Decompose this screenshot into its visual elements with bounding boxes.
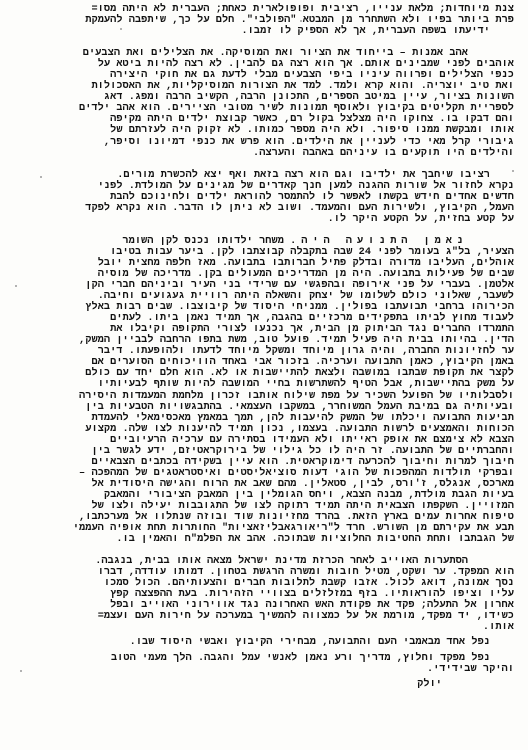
text-line: הכירוהו ברחבי תבועתבו בפולין. ממניחי היס… [24, 302, 514, 313]
paragraph-7: נפל מפקד וחלוץ, מדריך ורע נאמן לאנשי עמל… [24, 653, 514, 675]
text-line: והחברתיים של התבועה. זר היה לו כל גילוי … [24, 446, 514, 457]
text-line: לעבוד מחוץ לביתו בתפקידים מרכזיים בהגבה,… [24, 313, 514, 324]
text-line: כנפי הצלילים ופרווה עיניו ביפי הצבעים מב… [24, 70, 514, 81]
text-line: אלטמן. בעברי על פני אירופה ובהפגשי עם שר… [24, 280, 514, 291]
text-line: ובפרקי תולדות המהפכות של הוגי דעות סוציא… [24, 468, 514, 479]
text-line: צנת מיוחדות; מלאת ענייו, רציבית ופופולאר… [24, 4, 514, 15]
text-line: חדשים אחדים חידש בקשתו לאפשר לו להתמסר ל… [24, 192, 514, 203]
text-line: לשעבר, שאלוני כולם לשלומו של יצחק והשאלה… [24, 291, 514, 302]
text-line: נפל אחד מבאמבי העם והתבועה, מבחירי הקיבו… [24, 637, 514, 648]
text-line: לספריית תקליטים בקיבוץ ולאוסף תמונות לשי… [24, 103, 514, 114]
text-line: כשידו, יד מפקד, מורמת אל על כמצווה להמשי… [24, 611, 514, 622]
paragraph-6: נפל אחד מבאמבי העם והתבועה, מבחירי הקיבו… [24, 637, 514, 648]
text-line: הצעיר, בל"ג בעומר לפני 24 שבה בתקבלה קבו… [24, 247, 514, 258]
text-line: אוהבים לפני שמבינים אותם. אך הוא רצה גם … [24, 59, 514, 70]
text-line: נפל מפקד וחלוץ, מדריך ורע נאמן לאנשי עמל… [24, 653, 514, 664]
signature: יולק [24, 679, 514, 690]
text-line: בעיות הגבת מולדת, מבנה הצבא, ויחס הגומלי… [24, 490, 514, 501]
text-line: לקצר את תקופת שבתבו במושבה ולצאת להתיישב… [24, 368, 514, 379]
text-line: על קטע בחזית, על הקטע היקר לו. [24, 214, 514, 225]
text-line: רציבו שיחבך את ילדיבו וגם הוא רצה בזאת ו… [24, 170, 514, 181]
text-line: של הגבתבו ותחת החטיבות החלוציות שבתוכה. … [24, 534, 514, 545]
text-line: אחרון אל התעלה; פקד את פקודת האש האחרונה… [24, 600, 514, 611]
text-line: תבע את עקירתם מן השורש. חרד ל"ריאורגאבלי… [24, 523, 514, 534]
text-line: עליו וציפו להוראותיו. בזף במזלזלים בצווי… [24, 589, 514, 600]
text-line: המזויין. השקפתו הצבאית היתה תמיד רתוקה ל… [24, 501, 514, 512]
document-body: צנת מיוחדות; מלאת ענייו, רציבית ופופולאר… [24, 4, 514, 690]
text-line: הוא המפקד. ער ושקט, מטיל חובות ומשרה הרג… [24, 567, 514, 578]
text-line: אותו ומבקשת ממנו סיפור. ולא היה מספר כמו… [24, 125, 514, 136]
text-line: ובעיותיה גם במיבת העמל המשוחרר, במשקבו ה… [24, 402, 514, 413]
text-line: תביעות התבועה ויכלתו של המשק להיעבות להן… [24, 413, 514, 424]
text-line: על משק בהתיישבות, אבל הטיף להשתרשות בחיי… [24, 379, 514, 390]
paragraph-3: רציבו שיחבך את ילדיבו וגם הוא רצה בזאת ו… [24, 170, 514, 225]
text-line: אוהלים, העליבו מדורה ובדלק פתיל חברותבו … [24, 258, 514, 269]
paragraph-5: הסתערות האוייב לאחר הכרזת מדינת ישראל מצ… [24, 556, 514, 633]
text-line: העמל, הקיבוץ, ולשירות העם והמעמד. ושוב ל… [24, 203, 514, 214]
text-line: ידיעתו בשפה העברית, אך לא הספיק לו זמבו. [24, 26, 514, 37]
text-line: והם דבקו בו. צחוקו היה מצלצל בקול רם, כא… [24, 114, 514, 125]
text-line: ער לחזיונות החברה, והיה גרון מיוחד ומשקל… [24, 346, 514, 357]
text-line: והיקר שבידידי. [24, 664, 514, 675]
text-line: טיפוח אחרות עמים בארץ הזאת. בהרד מחזיונו… [24, 512, 514, 523]
text-line: מארכס, אנגלס, ז'ורס, לבין, סטאלין. מהם ש… [24, 479, 514, 490]
text-line: חיבוך למרות וחיבוך להכרעה דימוקראטית. הו… [24, 457, 514, 468]
text-span: משחר ילדותו נכנס לקן השומר [122, 236, 284, 247]
text-line: פרת ביותר בפיו ולא השתחרר מן המבטא "הפול… [24, 15, 514, 26]
paragraph-1: צנת מיוחדות; מלאת ענייו, רציבית ופופולאר… [24, 4, 514, 37]
scan-speck [15, 285, 17, 287]
text-line: התמרדו החברים נגד הביתוק מן הבית, אך נכנ… [24, 324, 514, 335]
text-line: ולסבלותיו של הפועל השכיר על מפת שילוח או… [24, 391, 514, 402]
section-title: נאמן התנועה היה. [290, 236, 468, 247]
text-line: ואת טיב יוצריה. והוא קרא ולמד. למד את הצ… [24, 81, 514, 92]
text-line: גיבורי קרל מאי כדי לעניין את הילדים. הוא… [24, 137, 514, 148]
text-line: נסך אמונה, דואג לכול. אזבו קשבת לתלובות … [24, 578, 514, 589]
text-line: השונות בציור, עיין במיטב הספרים, התכונן … [24, 92, 514, 103]
text-line: נאמן התנועה היה. משחר ילדותו נכנס לקן הש… [24, 236, 514, 247]
text-line: אותו. [24, 622, 514, 633]
text-line: והילדים היו תוקעים בו עיניהם באהבה והערצ… [24, 148, 514, 159]
paragraph-2: אהב אמנות – בייחוד את הציור ואת המוסיקה.… [24, 48, 514, 158]
text-line: שבים של פעילות בתבועה. היה מן המדריכים ה… [24, 269, 514, 280]
text-line: אהב אמנות – בייחוד את הציור ואת המוסיקה.… [24, 48, 514, 59]
scan-speck [20, 670, 22, 672]
text-line: נקרא לחזור אל שורות ההגנה למען חנך קאדרי… [24, 181, 514, 192]
text-line: הדין. בהיותו בבית היה פעיל תמיד. פועל טו… [24, 335, 514, 346]
paragraph-4: נאמן התנועה היה. משחר ילדותו נכנס לקן הש… [24, 236, 514, 545]
text-line: הצבא לא צימצם את אופק ראייתו ולא העמידו … [24, 435, 514, 446]
text-line: באמן הקיבוץ, כאמן התבועה וערכיה. בזכור א… [24, 357, 514, 368]
text-line: הסתערות האוייב לאחר הכרזת מדינת ישראל מצ… [24, 556, 514, 567]
scanned-page: צנת מיוחדות; מלאת ענייו, רציבית ופופולאר… [0, 0, 528, 750]
text-line: הכוחות והאמצעים לרשות התבועה. בעצמו, נכו… [24, 424, 514, 435]
